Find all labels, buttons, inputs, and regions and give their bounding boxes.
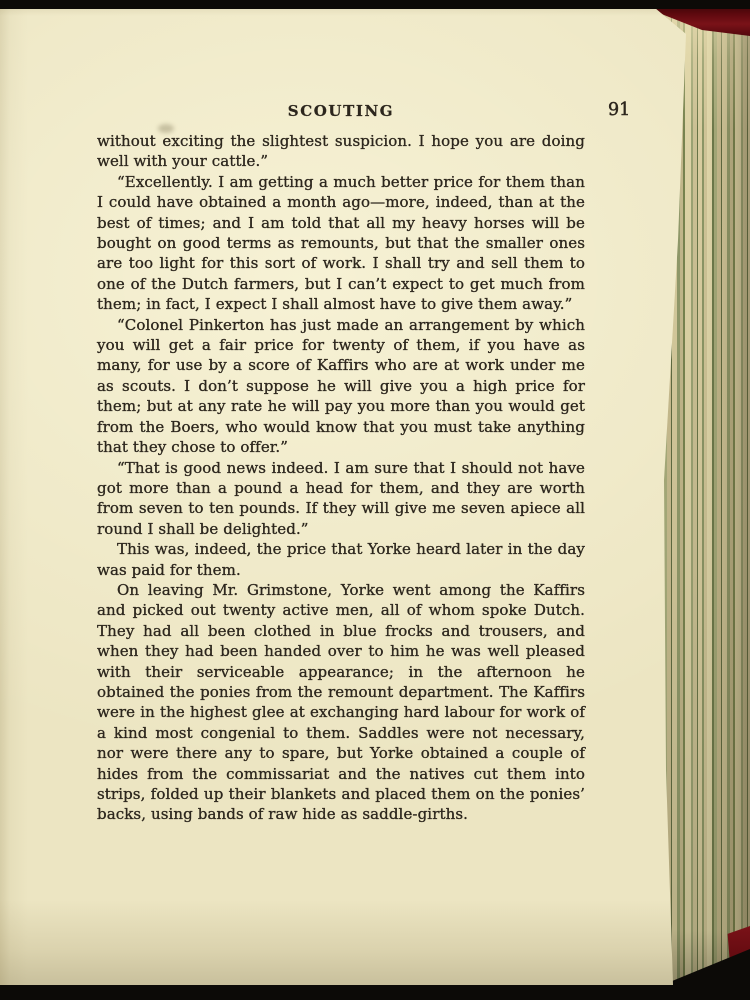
print-smudge — [158, 124, 174, 133]
running-head-title: SCOUTING — [288, 101, 394, 121]
paragraph: “Excellently. I am getting a much better… — [97, 172, 585, 315]
page-number: 91 — [608, 100, 630, 120]
scan-frame-bottom — [0, 985, 750, 1000]
paragraph: “That is good news indeed. I am sure tha… — [97, 458, 585, 540]
scan-frame-top — [0, 0, 750, 9]
paragraph: On leaving Mr. Grimstone, Yorke went amo… — [97, 580, 585, 825]
paragraph: without exciting the slightest suspicion… — [97, 131, 585, 172]
book-scan: SCOUTING 91 without exciting the slighte… — [0, 0, 750, 1000]
page-body: without exciting the slightest suspicion… — [97, 131, 585, 825]
running-header: SCOUTING 91 — [97, 101, 585, 121]
paragraph: “Colonel Pinkerton has just made an arra… — [97, 315, 585, 458]
paragraph: This was, indeed, the price that Yorke h… — [97, 539, 585, 580]
book-page: SCOUTING 91 without exciting the slighte… — [0, 0, 750, 1000]
